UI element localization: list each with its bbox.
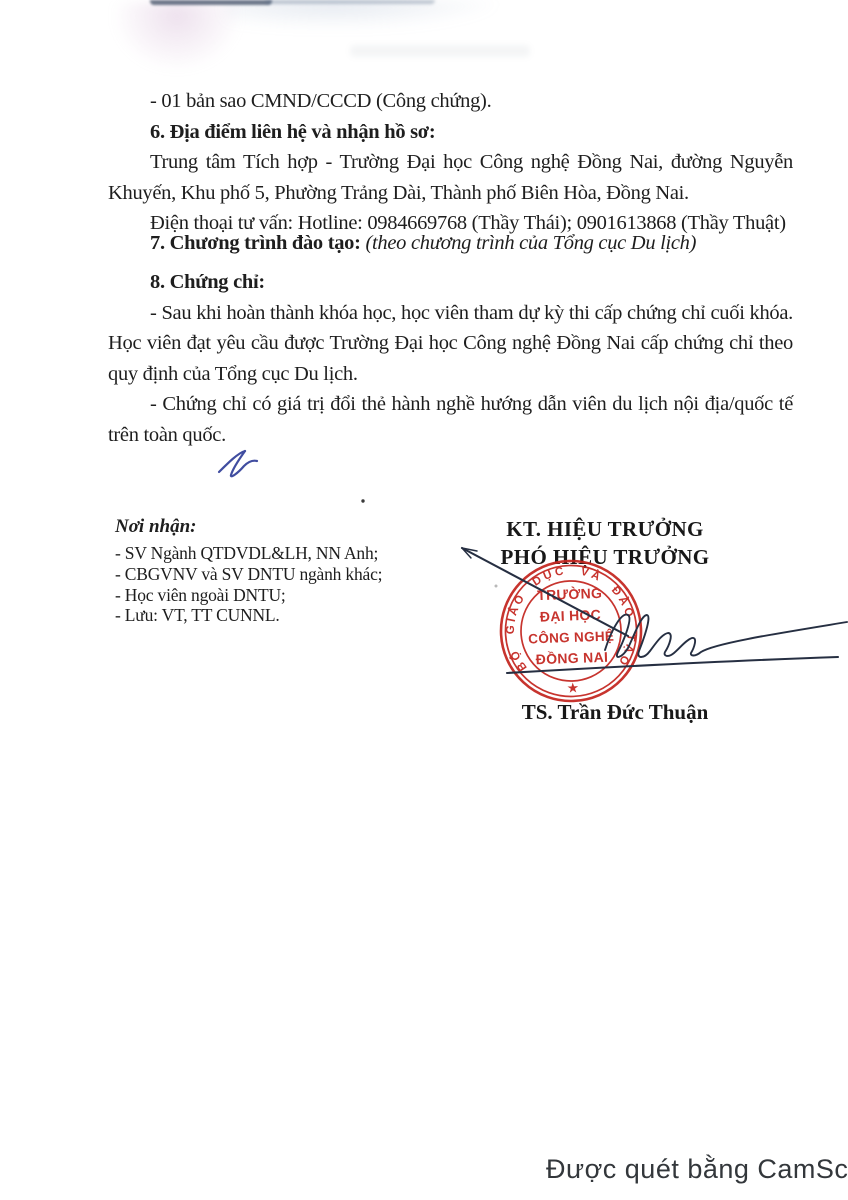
recipients-heading: Nơi nhận: xyxy=(115,516,382,538)
section-7-label: 7. Chương trình đào tạo: xyxy=(150,232,361,254)
scanned-document-page: - 01 bản sao CMND/CCCD (Công chứng). 6. … xyxy=(0,0,848,1200)
section-7-note: (theo chương trình của Tổng cục Du lịch) xyxy=(366,232,697,254)
section-8-heading: 8. Chứng chỉ: xyxy=(108,267,793,298)
stamp-center-line: TRƯỜNG xyxy=(537,584,603,603)
stamp-star-icon: ★ xyxy=(567,681,579,695)
ink-speck xyxy=(361,499,364,502)
scan-streak xyxy=(265,0,435,4)
university-seal-stamp: BỘ GIÁO DỤC VÀ ĐÀO TẠO TRƯỜNG ĐẠI HỌC CÔ… xyxy=(493,553,648,708)
section-8-para-1: - Sau khi hoàn thành khóa học, học viên … xyxy=(108,298,793,390)
scan-streak xyxy=(150,0,272,5)
recipient-item: - Lưu: VT, TT CUNNL. xyxy=(115,605,382,626)
blue-pen-mark xyxy=(219,451,245,472)
section-6-heading-text: 6. Địa điểm liên hệ và nhận hồ sơ: xyxy=(150,121,435,143)
paragraph-cmnd-copy: - 01 bản sao CMND/CCCD (Công chứng). xyxy=(108,86,793,117)
signature-title-line1: KT. HIỆU TRƯỞNG xyxy=(455,516,755,544)
signer-name: TS. Trần Đức Thuận xyxy=(465,700,765,725)
camscanner-watermark: Được quét bằng CamScanner xyxy=(546,1154,848,1185)
section-7: 7. Chương trình đào tạo: (theo chương tr… xyxy=(108,228,793,259)
stamp-center-line: ĐỒNG NAI xyxy=(535,648,608,668)
blue-pen-mark xyxy=(231,451,257,476)
recipient-item: - CBGVNV và SV DNTU ngành khác; xyxy=(115,564,382,585)
stamp-center-line: ĐẠI HỌC xyxy=(540,606,602,624)
scan-smudge xyxy=(112,2,242,72)
recipient-item: - SV Ngành QTDVDL&LH, NN Anh; xyxy=(115,543,382,564)
recipient-item: - Học viên ngoài DNTU; xyxy=(115,585,382,606)
document-body: - 01 bản sao CMND/CCCD (Công chứng). 6. … xyxy=(108,86,793,450)
recipients-block: Nơi nhận: - SV Ngành QTDVDL&LH, NN Anh; … xyxy=(115,516,382,626)
section-8-para-2: - Chứng chỉ có giá trị đổi thẻ hành nghề… xyxy=(108,389,793,450)
section-6-heading: 6. Địa điểm liên hệ và nhận hồ sơ: xyxy=(108,117,793,148)
section-8-heading-text: 8. Chứng chỉ: xyxy=(150,271,265,293)
scan-smudge xyxy=(225,0,495,28)
section-6-address: Trung tâm Tích hợp - Trường Đại học Công… xyxy=(108,147,793,208)
scan-bleedthrough xyxy=(350,45,530,57)
stamp-center-line: CÔNG NGHỆ xyxy=(528,629,614,647)
